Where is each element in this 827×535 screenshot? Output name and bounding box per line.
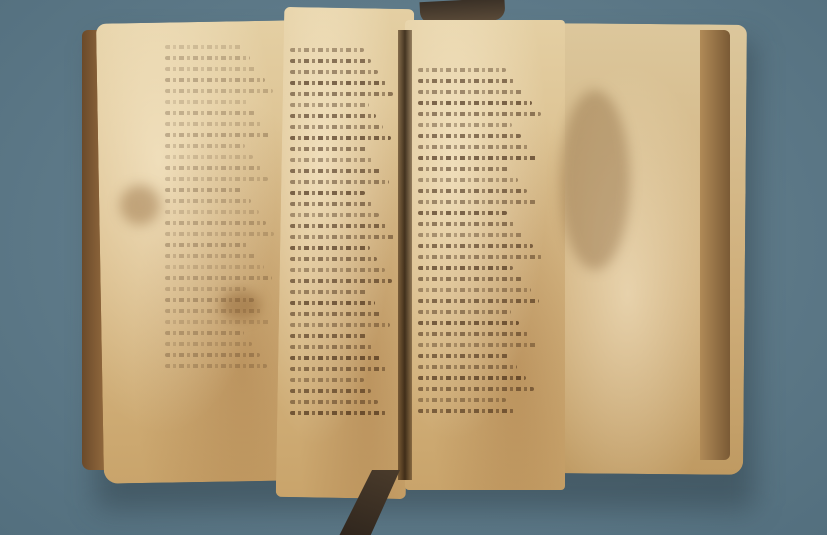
manuscript-photo: Photograph of an ancient, heavily damage… — [0, 0, 827, 535]
script-line — [418, 398, 506, 402]
script-line — [165, 243, 249, 247]
script-line — [418, 233, 524, 237]
script-line — [290, 224, 387, 228]
script-line — [418, 365, 517, 369]
book-gutter — [398, 30, 412, 480]
script-line — [418, 409, 514, 413]
script-line — [418, 123, 512, 127]
script-line — [165, 100, 248, 104]
script-line — [418, 288, 531, 292]
script-line — [165, 254, 256, 258]
script-line — [418, 321, 519, 325]
script-line — [290, 202, 372, 206]
script-line — [290, 312, 382, 316]
script-line — [418, 112, 541, 116]
script-line — [290, 411, 386, 415]
script-line — [290, 334, 366, 338]
script-line — [165, 331, 244, 335]
script-line — [165, 78, 265, 82]
script-line — [418, 310, 511, 314]
script-line — [418, 167, 509, 171]
right-cover-edge — [700, 30, 730, 460]
script-line — [165, 276, 272, 280]
script-line — [290, 356, 380, 360]
script-line — [418, 277, 522, 281]
script-line — [290, 48, 364, 52]
script-line — [165, 320, 270, 324]
script-line — [290, 235, 394, 239]
script-line — [418, 134, 521, 138]
script-line — [290, 213, 379, 217]
script-line — [290, 378, 364, 382]
script-line — [290, 114, 376, 118]
script-line — [165, 166, 261, 170]
script-line — [290, 323, 390, 327]
script-line — [165, 364, 267, 368]
script-line — [418, 376, 526, 380]
script-line — [165, 353, 260, 357]
script-line — [418, 244, 533, 248]
script-line — [290, 147, 367, 151]
script-line — [418, 145, 529, 149]
script-line — [165, 144, 245, 148]
script-line — [418, 211, 507, 215]
script-line — [165, 67, 257, 71]
script-line — [290, 169, 381, 173]
stain — [560, 90, 630, 270]
script-line — [418, 387, 534, 391]
script-line — [165, 155, 253, 159]
script-line — [165, 188, 243, 192]
script-line — [290, 389, 371, 393]
script-line — [165, 265, 264, 269]
script-line — [290, 70, 378, 74]
script-line — [418, 178, 518, 182]
script-line — [165, 56, 250, 60]
script-line — [165, 133, 271, 137]
script-line — [290, 59, 371, 63]
script-line — [165, 89, 273, 93]
script-line — [165, 221, 266, 225]
stain — [220, 290, 260, 320]
script-line — [165, 199, 251, 203]
script-line — [418, 332, 528, 336]
script-line — [290, 246, 370, 250]
script-line — [290, 158, 374, 162]
script-line — [418, 79, 514, 83]
script-line — [165, 210, 259, 214]
script-line — [290, 301, 375, 305]
script-line — [418, 222, 516, 226]
script-line — [290, 367, 388, 371]
script-line — [165, 45, 242, 49]
script-line — [165, 111, 255, 115]
script-line — [290, 81, 386, 85]
script-line — [290, 125, 383, 129]
script-line — [290, 103, 369, 107]
script-line — [418, 101, 532, 105]
script-line — [290, 257, 377, 261]
script-line — [290, 136, 391, 140]
faded-text-left-outer — [165, 45, 275, 368]
script-line — [418, 299, 539, 303]
script-line — [165, 342, 252, 346]
script-line — [418, 189, 527, 193]
script-line — [290, 400, 378, 404]
script-line — [418, 255, 542, 259]
script-line — [418, 156, 538, 160]
script-line — [165, 177, 268, 181]
script-line — [418, 90, 523, 94]
script-line — [290, 180, 389, 184]
script-line — [290, 290, 368, 294]
script-line — [418, 354, 508, 358]
script-line — [290, 268, 385, 272]
script-line — [290, 345, 373, 349]
script-line — [165, 232, 274, 236]
script-line — [418, 68, 506, 72]
script-line — [290, 191, 365, 195]
script-line — [165, 122, 263, 126]
open-manuscript — [0, 0, 827, 535]
script-line — [290, 279, 392, 283]
stain — [120, 185, 160, 225]
script-line — [290, 92, 393, 96]
greek-text-left-column — [290, 48, 395, 415]
script-line — [418, 266, 513, 270]
greek-text-right-column — [418, 68, 543, 413]
script-line — [418, 200, 536, 204]
script-line — [418, 343, 537, 347]
